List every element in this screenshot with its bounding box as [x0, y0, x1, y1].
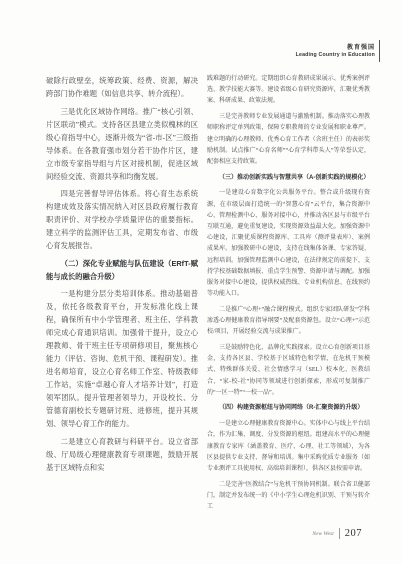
body-paragraph: 二是建立心育教研与科研平台。设立省部级、厅局级心理健康教育专项课题，鼓励开展基于…	[46, 435, 198, 474]
section-heading: （二）深化专业赋能与队伍建设（ERfT-赋能与成长的融合升级）	[46, 257, 198, 283]
section-tag: 教育强国 Leading Country in Education	[296, 40, 380, 62]
body-paragraph: 三是优化区域协作网络。推广“核心引领、片区联动”模式。支持各区县建立类似槐林的区…	[46, 105, 198, 183]
body-paragraph: 破除行政壁垒，统筹政策、经费、资源，解决跨部门协作难题（如信息共享、转介流程）。	[46, 74, 198, 100]
document-page: 教育强国 Leading Country in Education 破除行政壁垒…	[0, 0, 402, 564]
body-paragraph: 二是推广“心理+”融合课程模式。组织专家团队研发“学科渗透心理健康教育指导纲要”…	[207, 305, 370, 339]
body-paragraph: 二是完善“医教结合”与危机干预协同机制。联合省卫健部门，制定并发布统一的《中小学…	[207, 480, 370, 514]
body-paragraph: 践难题的行动研究。定期组织心育教研成果展示、优秀案例评选、教学技能大赛等。建设省…	[207, 74, 370, 108]
section-heading: （三）推动创新实践与智慧共享（A-创新实践的规模化）	[207, 173, 370, 184]
section-tag-text: 教育强国 Leading Country in Education	[296, 44, 375, 59]
body-paragraph: 三是鼓励特色化、品牌化实践探索。设立心育创新项目基金，支持各区县、学校基于区域特…	[207, 343, 370, 399]
body-paragraph: 三是完善教师专业发展通道与激励机制。推动落实心理教师职称评定单列政策，保障专职教…	[207, 112, 370, 168]
journal-name: New West	[312, 531, 333, 537]
section-tag-chinese: 教育强国	[296, 44, 375, 52]
header-divider	[379, 40, 380, 62]
left-text-column: 破除行政壁垒，统筹政策、经费、资源，解决跨部门协作难题（如信息共享、转介流程）。…	[46, 74, 198, 518]
right-text-column: 践难题的行动研究。定期组织心育教研成果展示、优秀案例评选、教学技能大赛等。建设省…	[207, 74, 370, 518]
body-paragraph: 一是建立心理健康教育资源中心。实体中心与线上平台结合，作为汇集、调度、分发资源的…	[207, 419, 370, 475]
body-paragraph: 一是构建分层分类培训体系。推动基础普及，依托各级教育平台，开发标准化线上课程，确…	[46, 287, 198, 430]
section-heading: （四）构建资源枢纽与协同网络（R-汇聚资源的升级）	[207, 403, 370, 414]
section-tag-english: Leading Country in Education	[296, 52, 375, 59]
page-number: 207	[345, 528, 362, 539]
body-paragraph: 一是建设心育数字化公共服务平台。整合或升级现有资源，在市级层面打造统一的“智慧心…	[207, 188, 370, 300]
footer-divider	[339, 528, 340, 539]
page-footer: New West 207	[312, 528, 362, 539]
body-paragraph: 四是完善督导评估体系。将心育生态系统构建成效及落实情况纳入对区县政府履行教育职责…	[46, 187, 198, 252]
